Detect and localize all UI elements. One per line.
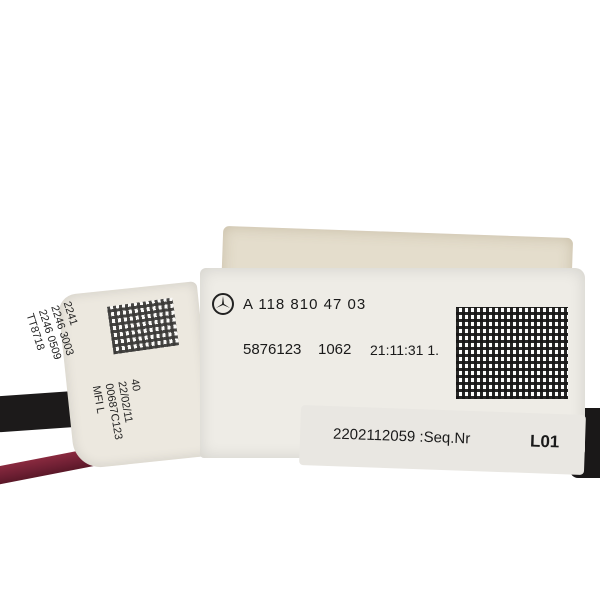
product-photo: 2241 2246 3003 2246 0509 TT8718 40 22/02…	[0, 0, 600, 600]
timestamp: 21:11:31 1.	[370, 342, 439, 358]
part-number: A 118 810 47 03	[243, 296, 366, 313]
mercedes-star-icon	[212, 293, 234, 315]
datamatrix-code-small	[107, 298, 179, 355]
datamatrix-code	[456, 307, 568, 399]
code-1: 5876123	[243, 341, 301, 358]
code-2: 1062	[318, 341, 351, 358]
side-label-text-2: 40 22/02/11 00687C123 MFI L	[89, 378, 150, 443]
lot-code: L01	[530, 431, 560, 452]
